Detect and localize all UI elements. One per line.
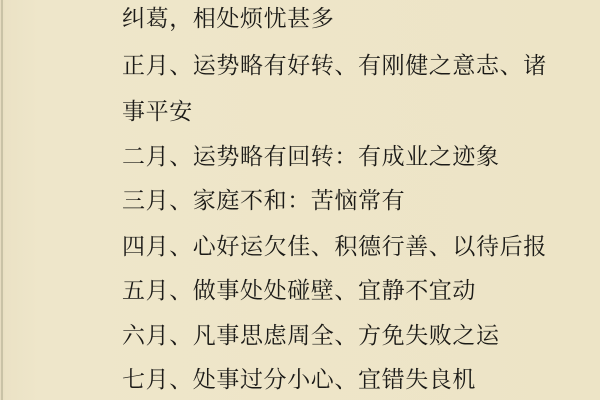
text-line-month-7: 七月、处事过分小心、宜错失良机 bbox=[122, 365, 476, 395]
text-line-month-4: 四月、心好运欠佳、积德行善、以待后报 bbox=[122, 232, 547, 262]
text-line-month-1: 正月、运势略有好转、有刚健之意志、诸 bbox=[122, 51, 547, 81]
text-line-intro: 纠葛，相处烦忧甚多 bbox=[122, 4, 334, 34]
text-line-month-3: 三月、家庭不和：苦恼常有 bbox=[122, 186, 405, 216]
page-edge-divider bbox=[1, 0, 3, 400]
text-line-month-6: 六月、凡事思虑周全、方免失败之运 bbox=[122, 321, 500, 351]
text-line-month-2: 二月、运势略有回转：有成业之迹象 bbox=[122, 142, 500, 172]
text-line-month-1-cont: 事平安 bbox=[122, 97, 193, 127]
document-page: 纠葛，相处烦忧甚多 正月、运势略有好转、有刚健之意志、诸 事平安 二月、运势略有… bbox=[0, 0, 600, 400]
text-line-month-5: 五月、做事处处碰壁、宜静不宜动 bbox=[122, 276, 476, 306]
